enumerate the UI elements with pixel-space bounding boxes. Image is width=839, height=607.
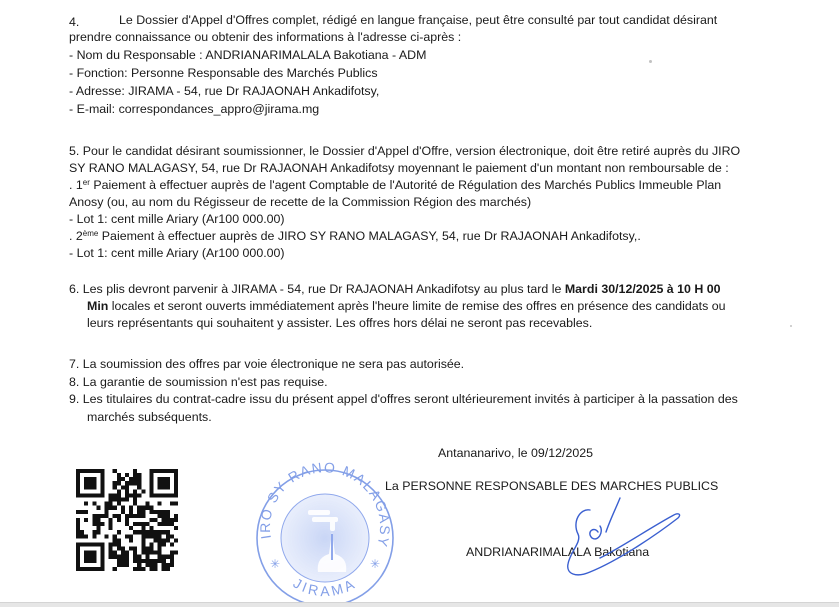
payment-1-line-2: Anosy (ou, au nom du Régisseur de recett… <box>69 195 531 210</box>
lot-1-amount-b: - Lot 1: cent mille Ariary (Ar100 000.00… <box>69 246 285 261</box>
payment-1-text: Paiement à effectuer auprès de l'agent C… <box>90 178 721 192</box>
deadline-min: Min <box>87 299 108 313</box>
payment-1-prefix: . 1 <box>69 178 83 192</box>
section-6-line-2-text: locales et seront ouverts immédiatement … <box>108 299 725 313</box>
section-9-line-2: marchés subséquents. <box>87 410 212 425</box>
stamp-star-left-icon: ✳ <box>270 557 280 571</box>
place-date: Antananarivo, le 09/12/2025 <box>438 446 593 461</box>
payment-1-sup: er <box>83 178 90 187</box>
section-5-line-1: 5. Pour le candidat désirant soumissionn… <box>69 144 740 159</box>
contact-name: - Nom du Responsable : ANDRIANARIMALALA … <box>69 48 426 63</box>
stamp-star-right-icon: ✳ <box>370 557 380 571</box>
section-8: 8. La garantie de soumission n'est pas r… <box>69 375 328 390</box>
scan-speck <box>649 60 652 63</box>
payment-1-line-1: . 1er Paiement à effectuer auprès de l'a… <box>69 178 721 193</box>
payment-2-text: Paiement à effectuer auprès de JIRO SY R… <box>98 229 640 243</box>
payment-2-sup: ème <box>83 229 99 238</box>
section-4-line-2: prendre connaissance ou obtenir des info… <box>69 30 461 45</box>
lot-1-amount-a: - Lot 1: cent mille Ariary (Ar100 000.00… <box>69 212 285 227</box>
contact-function: - Fonction: Personne Responsable des Mar… <box>69 66 378 81</box>
section-9-line-1: 9. Les titulaires du contrat-cadre issu … <box>69 392 738 407</box>
payment-2-prefix: . 2 <box>69 229 83 243</box>
section-6-line-3: leurs représentants qui souhaitent y ass… <box>87 316 592 331</box>
section-4-number: 4. <box>69 15 79 30</box>
section-6-prefix: 6. Les plis devront parvenir à JIRAMA - … <box>69 282 565 296</box>
section-4-line-1: Le Dossier d'Appel d'Offres complet, réd… <box>119 13 717 28</box>
scan-speck <box>790 325 792 327</box>
company-stamp: JIRO SY RANO MALAGASY JIRAMA ✳ ✳ <box>250 460 400 607</box>
section-6-line-1: 6. Les plis devront parvenir à JIRAMA - … <box>69 282 721 297</box>
section-5-line-2: SY RANO MALAGASY, 54, rue Dr RAJAONAH An… <box>69 161 729 176</box>
page-bottom-edge <box>0 602 839 607</box>
section-6-line-2: Min locales et seront ouverts immédiatem… <box>87 299 726 314</box>
deadline: Mardi 30/12/2025 à 10 H 00 <box>565 282 721 296</box>
contact-email[interactable]: - E-mail: correspondances_appro@jirama.m… <box>69 102 319 117</box>
handwritten-signature <box>550 492 690 582</box>
qr-code[interactable] <box>76 469 178 571</box>
payment-2-line: . 2ème Paiement à effectuer auprès de JI… <box>69 229 641 244</box>
section-7: 7. La soumission des offres par voie éle… <box>69 357 464 372</box>
contact-address: - Adresse: JIRAMA - 54, rue Dr RAJAONAH … <box>69 84 379 99</box>
